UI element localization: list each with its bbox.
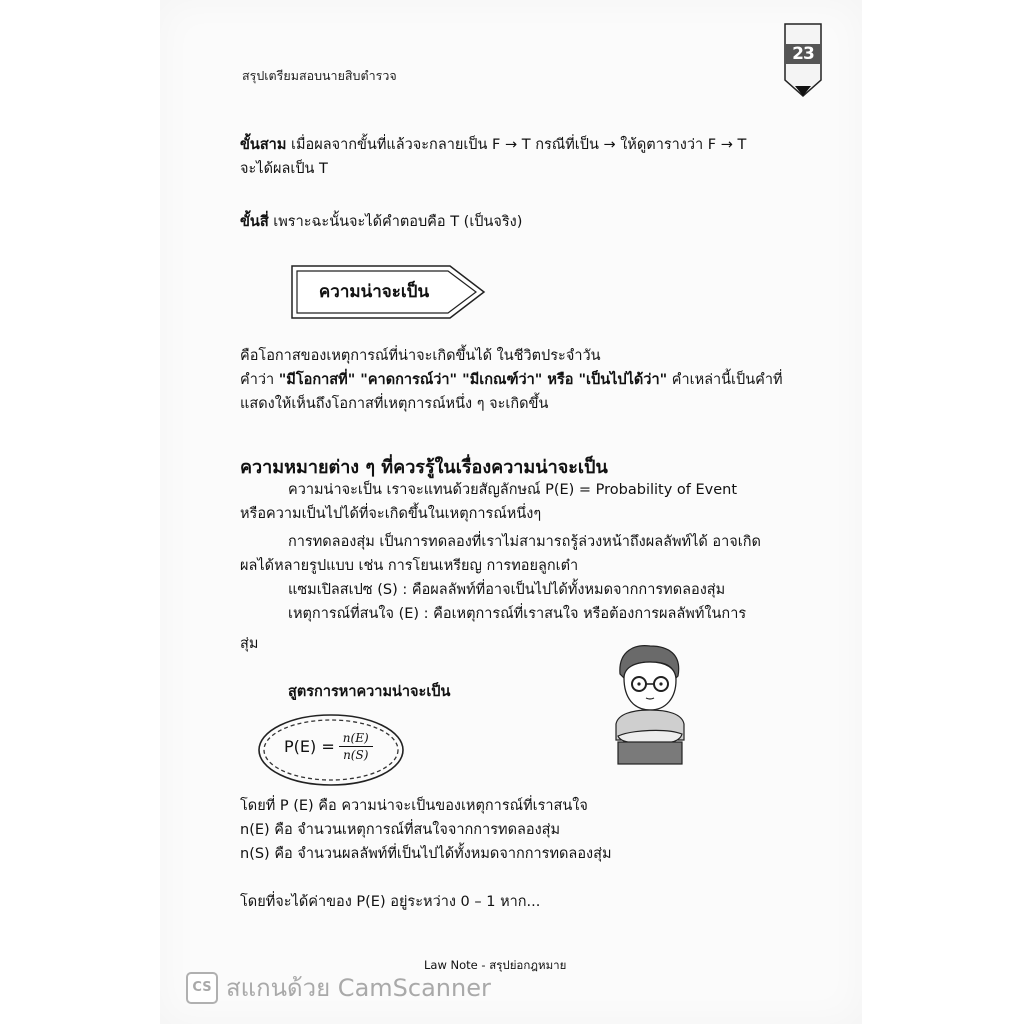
intro-paragraph: คือโอกาสของเหตุการณ์ที่น่าจะเกิดขึ้นได้ …	[240, 344, 783, 416]
formula-box: P(E) = n(E) n(S)	[256, 712, 406, 788]
intro-key-terms: "มีโอกาสที่" "คาดการณ์ว่า" "มีเกณฑ์ว่า" …	[279, 372, 667, 388]
formula-denominator: n(S)	[343, 748, 368, 762]
probability-formula: P(E) = n(E) n(S)	[284, 731, 373, 762]
formula-definitions: โดยที่ P (E) คือ ความน่าจะเป็นของเหตุการ…	[240, 794, 612, 866]
step-three: ขั้นสาม เมื่อผลจากขั้นที่แล้วจะกลายเป็น …	[240, 133, 746, 181]
step-four-label: ขั้นสี่	[240, 214, 269, 230]
step-three-text: เมื่อผลจากขั้นที่แล้วจะกลายเป็น F → T กร…	[286, 137, 746, 153]
meaning-probability: ความน่าจะเป็น เราจะแทนด้วยสัญลักษณ์ P(E)…	[240, 478, 761, 502]
camscanner-watermark: CS สแกนด้วย CamScanner	[186, 968, 491, 1007]
page-number: 23	[783, 44, 823, 64]
meaning-random-experiment: การทดลองสุ่ม เป็นการทดลองที่เราไม่สามารถ…	[240, 530, 761, 554]
intro-line-2-prefix: คำว่า	[240, 372, 279, 388]
meanings-paragraphs: ความน่าจะเป็น เราจะแทนด้วยสัญลักษณ์ P(E)…	[240, 478, 761, 656]
watermark-text: สแกนด้วย CamScanner	[226, 968, 491, 1007]
meaning-probability-2: หรือความเป็นไปได้ที่จะเกิดขึ้นในเหตุการณ…	[240, 502, 761, 526]
definition-ne: n(E) คือ จำนวนเหตุการณ์ที่สนใจจากการทดลอ…	[240, 818, 612, 842]
running-header: สรุปเตรียมสอบนายสิบตำรวจ	[242, 66, 397, 86]
boy-with-glasses-icon	[610, 640, 690, 765]
section-title-sign: ความน่าจะเป็น	[290, 262, 490, 322]
camscanner-logo-icon: CS	[186, 972, 218, 1004]
intro-line-2-suffix: คำเหล่านี้เป็นคำที่	[667, 372, 782, 388]
intro-line-3: แสดงให้เห็นถึงโอกาสที่เหตุการณ์หนึ่ง ๆ จ…	[240, 396, 548, 412]
definition-ns: n(S) คือ จำนวนผลลัพท์ที่เป็นไปได้ทั้งหมด…	[240, 842, 612, 866]
definition-pe: โดยที่ P (E) คือ ความน่าจะเป็นของเหตุการ…	[240, 794, 612, 818]
range-note: โดยที่จะได้ค่าของ P(E) อยู่ระหว่าง 0 – 1…	[240, 890, 540, 914]
page-number-badge: 23	[783, 22, 823, 98]
step-four: ขั้นสี่ เพราะฉะนั้นจะได้คำตอบคือ T (เป็น…	[240, 210, 522, 234]
intro-line-1: คือโอกาสของเหตุการณ์ที่น่าจะเกิดขึ้นได้ …	[240, 348, 601, 364]
step-four-text: เพราะฉะนั้นจะได้คำตอบคือ T (เป็นจริง)	[269, 214, 523, 230]
step-three-label: ขั้นสาม	[240, 137, 286, 153]
meaning-random-experiment-2: ผลได้หลายรูปแบบ เช่น การโยนเหรียญ การทอย…	[240, 554, 761, 578]
meaning-sample-space: แซมเปิลสเปซ (S) : คือผลลัพท์ที่อาจเป็นไป…	[240, 578, 761, 602]
meanings-heading: ความหมายต่าง ๆ ที่ควรรู้ในเรื่องความน่าจ…	[240, 452, 608, 481]
formula-numerator: n(E)	[343, 731, 369, 745]
formula-fraction: n(E) n(S)	[339, 731, 373, 762]
step-three-text-2: จะได้ผลเป็น T	[240, 161, 328, 177]
meaning-event: เหตุการณ์ที่สนใจ (E) : คือเหตุการณ์ที่เร…	[240, 602, 761, 626]
section-title: ความน่าจะเป็น	[290, 262, 458, 322]
formula-heading: สูตรการหาความน่าจะเป็น	[288, 680, 450, 703]
formula-lhs: P(E) =	[284, 737, 335, 756]
